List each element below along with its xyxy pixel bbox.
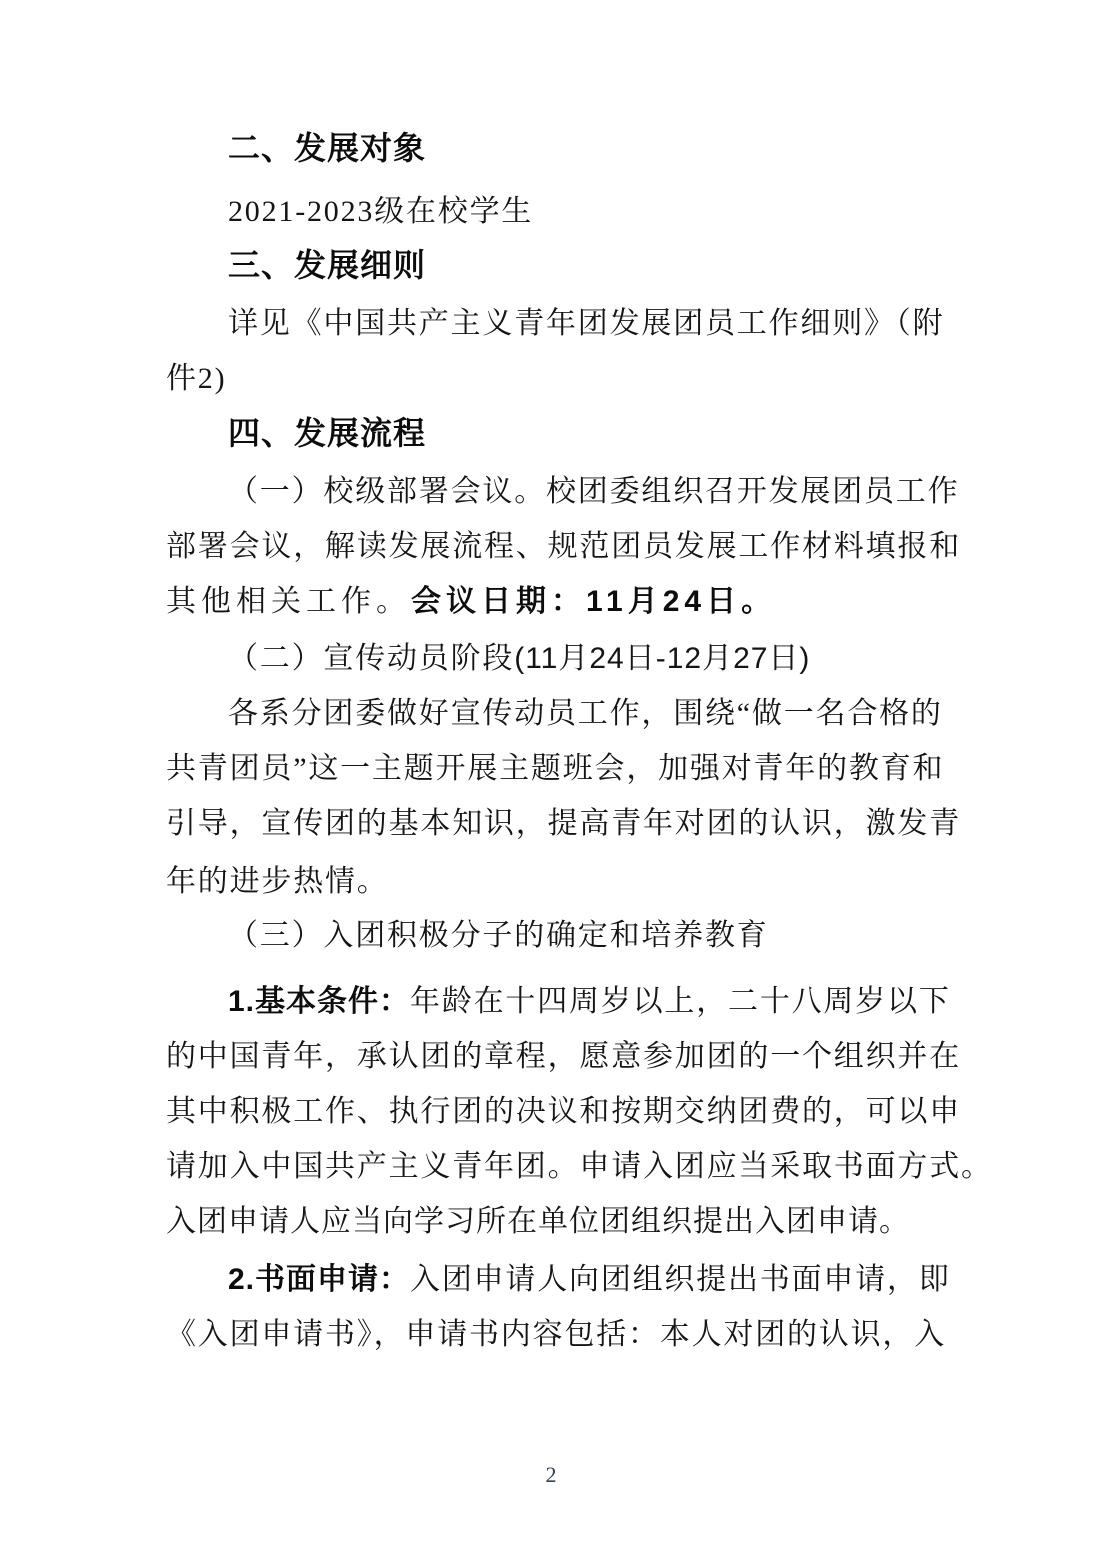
item2-line-3: 引导，宣传团的基本知识，提高青年对团的认识，激发青 bbox=[166, 806, 961, 842]
item2-line-2: 共青团员”这一主题开展主题班会，加强对青年的教育和 bbox=[166, 751, 944, 787]
page-number: 2 bbox=[0, 1462, 1102, 1488]
point1-line-2: 的中国青年，承认团的章程，愿意参加团的一个组织并在 bbox=[166, 1039, 961, 1075]
point1-line-3: 其中积极工作、执行团的决议和按期交纳团费的，可以申 bbox=[166, 1094, 961, 1130]
document-page: 二、发展对象 2021-2023级在校学生 三、发展细则 详见《中国共产主义青年… bbox=[0, 0, 1102, 1559]
section-heading-development-target: 二、发展对象 bbox=[228, 130, 426, 166]
point1-line-4: 请加入中国共产主义青年团。申请入团应当采取书面方式。 bbox=[166, 1149, 993, 1185]
point1-line-1-text: 年龄在十四周岁以上，二十八周岁以下 bbox=[410, 985, 951, 1018]
item2-heading-dates: (11月24日-12月27日) bbox=[514, 642, 810, 675]
point2-line-1-text: 入团申请人向团组织提出书面申请，即 bbox=[410, 1263, 951, 1296]
item1-line-3-normal-text: 其他相关工作。 bbox=[166, 585, 411, 618]
section-heading-development-rules: 三、发展细则 bbox=[228, 247, 426, 283]
point2-line-1: 2.书面申请：入团申请人向团组织提出书面申请，即 bbox=[228, 1262, 951, 1298]
point2-line-2: 《入团申请书》，申请书内容包括：本人对团的认识，入 bbox=[166, 1317, 946, 1353]
section-heading-development-process: 四、发展流程 bbox=[228, 415, 426, 451]
development-rules-line-2: 件2) bbox=[166, 361, 226, 397]
item2-heading: （二）宣传动员阶段(11月24日-12月27日) bbox=[228, 641, 810, 677]
development-target-text: 2021-2023级在校学生 bbox=[228, 194, 533, 230]
development-rules-line-1: 详见《中国共产主义青年团发展团员工作细则》（附 bbox=[228, 306, 944, 342]
item3-heading: （三）入团积极分子的确定和培养教育 bbox=[228, 918, 769, 954]
point1-line-1: 1.基本条件：年龄在十四周岁以上，二十八周岁以下 bbox=[228, 984, 951, 1020]
meeting-date-bold-text: 会议日期：11月24日。 bbox=[411, 585, 776, 618]
item2-heading-text: （二）宣传动员阶段 bbox=[228, 642, 514, 675]
item1-line-3: 其他相关工作。会议日期：11月24日。 bbox=[166, 584, 776, 620]
point1-label: 1.基本条件： bbox=[228, 985, 410, 1018]
point2-label: 2.书面申请： bbox=[228, 1263, 410, 1296]
item2-line-4: 年的进步热情。 bbox=[166, 864, 389, 900]
item2-line-1: 各系分团委做好宣传动员工作，围绕“做一名合格的 bbox=[228, 696, 943, 732]
item1-line-1: （一）校级部署会议。校团委组织召开发展团员工作 bbox=[228, 474, 959, 510]
item1-line-2: 部署会议，解读发展流程、规范团员发展工作材料填报和 bbox=[166, 529, 961, 565]
point1-line-5: 入团申请人应当向学习所在单位团组织提出入团申请。 bbox=[166, 1204, 910, 1240]
